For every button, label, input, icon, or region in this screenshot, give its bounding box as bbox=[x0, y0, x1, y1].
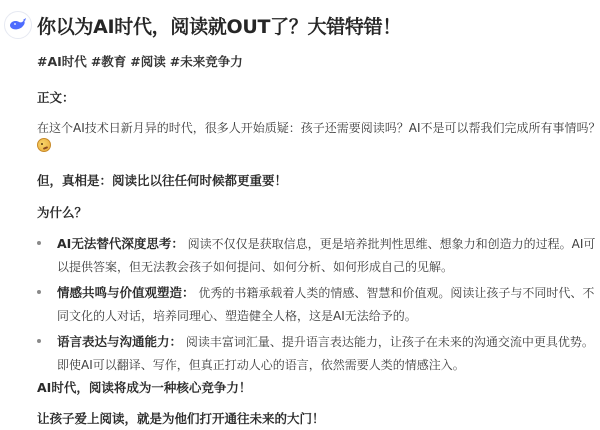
deepseek-whale-icon bbox=[9, 18, 27, 32]
hashtag[interactable]: #AI时代 bbox=[37, 54, 87, 69]
bullet-heading: 情感共鸣与价值观塑造： bbox=[57, 285, 195, 300]
bullet-icon bbox=[37, 339, 41, 343]
intro-paragraph: 在这个AI技术日新月异的时代，很多人开始质疑：孩子还需要阅读吗？AI不是可以帮我… bbox=[37, 119, 600, 136]
bullet-text: 即使AI可以翻译、写作，但真正打动人心的语言，依然需要人类的情感注入。 bbox=[57, 356, 465, 373]
hashtag[interactable]: #阅读 bbox=[130, 54, 165, 69]
hashtag[interactable]: #未来竞争力 bbox=[170, 54, 243, 69]
bullet-text: 阅读丰富词汇量、提升语言表达能力，让孩子在未来的沟通交流中更具优势。 bbox=[186, 335, 594, 349]
why-heading: 为什么？ bbox=[37, 203, 87, 221]
avatar bbox=[4, 11, 32, 39]
hashtag[interactable]: #教育 bbox=[91, 54, 126, 69]
conclusion-line-1: AI时代，阅读将成为一种核心竞争力！ bbox=[37, 378, 251, 396]
bullet-heading: AI无法替代深度思考： bbox=[57, 236, 184, 251]
bullet-text: 以提供答案，但无法教会孩子如何提问、如何分析、如何形成自己的见解。 bbox=[57, 258, 453, 275]
bullet-text: 同文化的人对话，培养同理心、塑造健全人格，这是AI无法给予的。 bbox=[57, 307, 417, 324]
bullet-heading: 语言表达与沟通能力： bbox=[57, 334, 182, 349]
truth-statement: 但，真相是：阅读比以往任何时候都更重要！ bbox=[37, 171, 287, 189]
thinking-face-icon bbox=[37, 138, 51, 152]
bullet-icon bbox=[37, 290, 41, 294]
bullet-text: 优秀的书籍承载着人类的情感、智慧和价值观。阅读让孩子与不同时代、不 bbox=[198, 286, 594, 300]
hashtag-list: #AI时代#教育#阅读#未来竞争力 bbox=[37, 52, 247, 70]
section-label: 正文： bbox=[37, 88, 75, 106]
conclusion-line-2: 让孩子爱上阅读，就是为他们打开通往未来的大门！ bbox=[37, 409, 325, 427]
bullet-text: 阅读不仅仅是获取信息，更是培养批判性思维、想象力和创造力的过程。AI可 bbox=[188, 237, 596, 251]
bullet-icon bbox=[37, 241, 41, 245]
page-title: 你以为AI时代，阅读就OUT了？大错特错！ bbox=[37, 12, 401, 39]
